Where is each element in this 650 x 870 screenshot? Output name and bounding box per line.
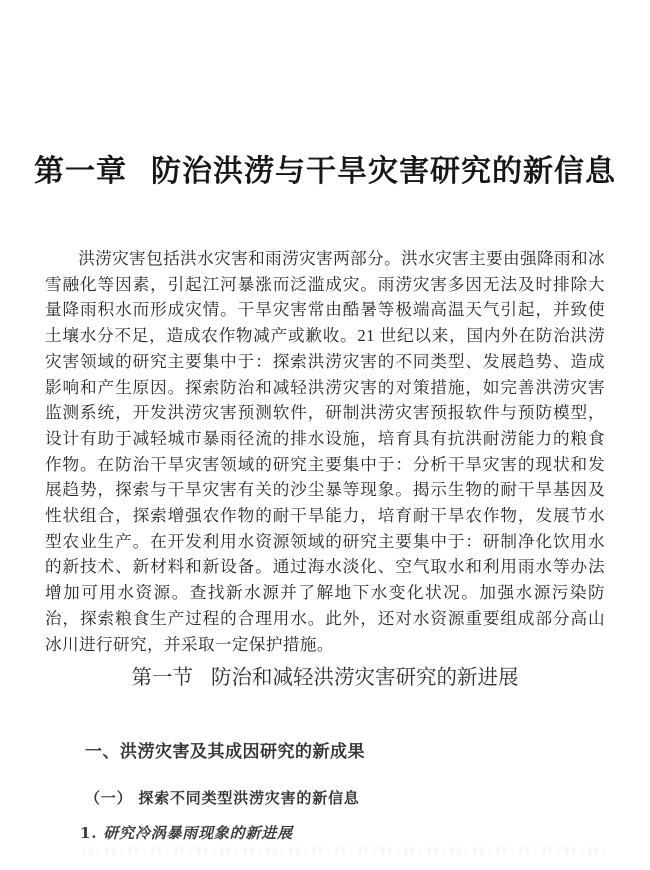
clipped-faint-text-line xyxy=(83,847,605,856)
sub-subsection-marker: （一） xyxy=(85,789,132,807)
section-title-text: 防治和减轻洪涝灾害研究的新进展 xyxy=(211,666,519,689)
sub-subsection-heading: （一）探索不同类型洪涝灾害的新信息 xyxy=(85,787,360,808)
subsection-heading: 一、洪涝灾害及其成因研究的新成果 xyxy=(85,737,365,762)
section-number: 第一节 xyxy=(132,666,194,689)
intro-paragraph: 洪涝灾害包括洪水灾害和雨涝灾害两部分。洪水灾害主要由强降雨和冰雪融化等因素，引起… xyxy=(45,246,605,657)
section-heading: 第一节防治和减轻洪涝灾害研究的新进展 xyxy=(0,660,650,690)
chapter-title: 第一章防治洪涝与干旱灾害研究的新信息 xyxy=(0,146,650,190)
numbered-item-heading: 1.研究冷涡暴雨现象的新进展 xyxy=(80,822,293,843)
numbered-item-title: 研究冷涡暴雨现象的新进展 xyxy=(103,824,293,842)
numbered-item-marker: 1. xyxy=(80,824,97,842)
chapter-number: 第一章 xyxy=(34,155,127,188)
sub-subsection-title: 探索不同类型洪涝灾害的新信息 xyxy=(138,789,359,807)
book-page: 第一章防治洪涝与干旱灾害研究的新信息 洪涝灾害包括洪水灾害和雨涝灾害两部分。洪水… xyxy=(0,0,650,870)
chapter-title-text: 防治洪涝与干旱灾害研究的新信息 xyxy=(151,155,616,188)
